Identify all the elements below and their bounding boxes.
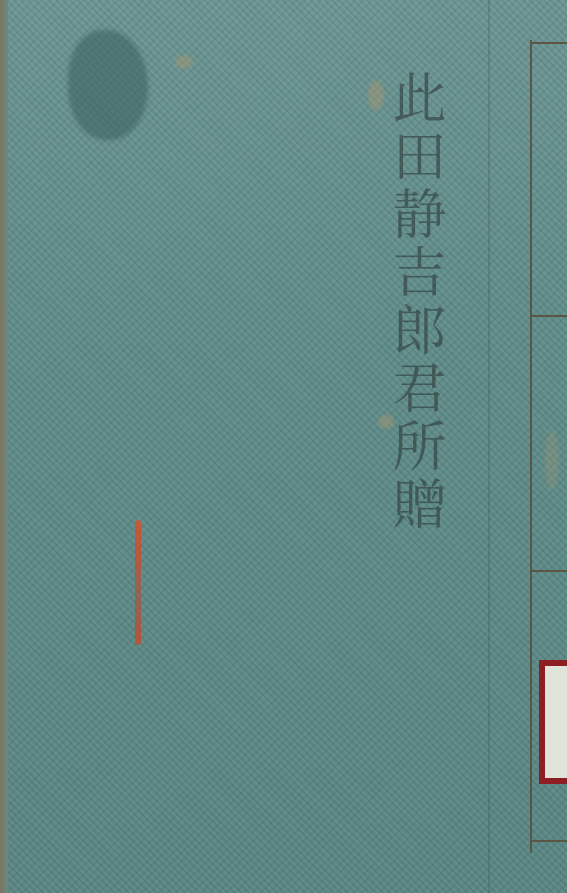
title-label-slip bbox=[539, 660, 567, 784]
handwritten-inscription: 此田静吉郎君所贈 bbox=[375, 70, 455, 590]
binding-thread-stitch bbox=[530, 315, 567, 317]
foxing-spot bbox=[545, 430, 559, 490]
cover-left-edge bbox=[0, 0, 8, 893]
book-cover: 此田静吉郎君所贈 bbox=[0, 0, 567, 893]
red-ink-mark bbox=[135, 520, 141, 645]
foxing-spot bbox=[175, 55, 193, 69]
binding-thread bbox=[530, 40, 532, 853]
binding-thread-stitch bbox=[530, 42, 567, 44]
binding-thread-stitch bbox=[530, 570, 567, 572]
spine-fold bbox=[488, 0, 490, 893]
binding-thread-stitch bbox=[530, 840, 567, 842]
water-stain bbox=[68, 30, 148, 140]
